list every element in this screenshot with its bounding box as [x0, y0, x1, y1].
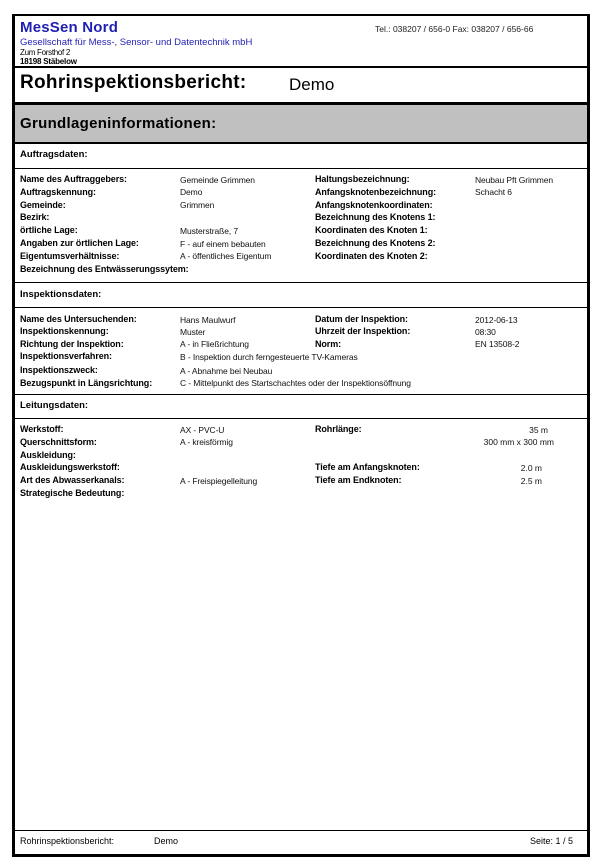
field-value: Hans Maulwurf — [180, 315, 235, 325]
field-label: Uhrzeit der Inspektion: — [315, 326, 410, 336]
field-value: 2012-06-13 — [475, 315, 517, 325]
report-page: MesSen Nord Gesellschaft für Mess-, Sens… — [12, 14, 590, 857]
field-value: AX - PVC-U — [180, 425, 224, 435]
divider — [15, 830, 587, 831]
field-label: Auskleidungswerkstoff: — [20, 462, 120, 472]
field-label: Auskleidung: — [20, 450, 76, 460]
report-title: Rohrinspektionsbericht: — [20, 72, 246, 94]
field-label: Name des Auftraggebers: — [20, 174, 127, 184]
field-label: Eigentumsverhältnisse: — [20, 251, 119, 261]
field-label: Tiefe am Endknoten: — [315, 475, 401, 485]
field-label: Name des Untersuchenden: — [20, 314, 137, 324]
page-number: Seite: 1 / 5 — [530, 836, 573, 846]
field-label: Koordinaten des Knoten 2: — [315, 251, 428, 261]
field-value: 300 mm x 300 mm — [484, 437, 554, 447]
field-value: A - Freispiegelleitung — [180, 476, 257, 486]
field-value: A - Abnahme bei Neubau — [180, 366, 272, 376]
field-value: C - Mittelpunkt des Startschachtes oder … — [180, 378, 411, 388]
field-label: Bezeichnung des Knotens 1: — [315, 212, 435, 222]
field-value: B - Inspektion durch ferngesteuerte TV-K… — [180, 352, 358, 362]
field-label: Inspektionszweck: — [20, 365, 98, 375]
field-value: Gemeinde Grimmen — [180, 175, 255, 185]
field-label: Inspektionskennung: — [20, 326, 109, 336]
field-label: Richtung der Inspektion: — [20, 339, 124, 349]
field-label: Bezirk: — [20, 212, 49, 222]
divider — [15, 282, 587, 283]
field-value: Grimmen — [180, 200, 214, 210]
field-label: Rohrlänge: — [315, 424, 362, 434]
footer-report-name: Demo — [154, 836, 178, 846]
group-title-auftragsdaten: Auftragsdaten: — [20, 149, 88, 160]
field-label: Anfangsknotenbezeichnung: — [315, 187, 436, 197]
divider — [15, 168, 587, 169]
field-value: 08:30 — [475, 327, 496, 337]
field-label: Art des Abwasserkanals: — [20, 475, 124, 485]
field-label: Bezeichnung des Knotens 2: — [315, 238, 435, 248]
field-value: A - öffentliches Eigentum — [180, 251, 271, 261]
field-value: Musterstraße, 7 — [180, 226, 238, 236]
divider — [15, 66, 587, 68]
field-value: A - in Fließrichtung — [180, 339, 249, 349]
field-label: Angaben zur örtlichen Lage: — [20, 238, 139, 248]
section-title: Grundlageninformationen: — [20, 115, 216, 132]
field-label: Auftragskennung: — [20, 187, 96, 197]
company-contact: Tel.: 038207 / 656-0 Fax: 038207 / 656-6… — [375, 24, 533, 34]
field-value: Neubau Pft Grimmen — [475, 175, 553, 185]
field-value: 35 m — [529, 425, 548, 435]
company-name: MesSen Nord — [20, 19, 118, 36]
field-label: Tiefe am Anfangsknoten: — [315, 462, 420, 472]
field-label: örtliche Lage: — [20, 225, 78, 235]
divider — [15, 142, 587, 144]
field-value: Schacht 6 — [475, 187, 512, 197]
field-label: Anfangsknotenkoordinaten: — [315, 200, 433, 210]
field-value: EN 13508-2 — [475, 339, 519, 349]
field-value: Demo — [180, 187, 202, 197]
footer-label: Rohrinspektionsbericht: — [20, 836, 114, 846]
field-label: Bezugspunkt in Längsrichtung: — [20, 378, 152, 388]
field-value: F - auf einem bebauten — [180, 239, 266, 249]
report-name: Demo — [289, 75, 334, 95]
field-label: Datum der Inspektion: — [315, 314, 408, 324]
field-value: Muster — [180, 327, 205, 337]
field-label: Koordinaten des Knoten 1: — [315, 225, 428, 235]
divider — [15, 394, 587, 395]
field-label: Werkstoff: — [20, 424, 63, 434]
field-value: A - kreisförmig — [180, 437, 233, 447]
field-label: Norm: — [315, 339, 341, 349]
divider — [15, 307, 587, 308]
field-label: Gemeinde: — [20, 200, 66, 210]
field-value: 2.5 m — [521, 476, 542, 486]
field-label: Bezeichnung des Entwässerungssytem: — [20, 264, 189, 274]
company-city: 18198 Stäbelow — [20, 57, 77, 66]
divider — [15, 418, 587, 419]
group-title-inspektionsdaten: Inspektionsdaten: — [20, 289, 101, 300]
company-subtitle: Gesellschaft für Mess-, Sensor- und Date… — [20, 37, 252, 48]
company-street: Zum Forsthof 2 — [20, 48, 70, 57]
field-label: Inspektionsverfahren: — [20, 351, 112, 361]
field-label: Querschnittsform: — [20, 437, 97, 447]
group-title-leitungsdaten: Leitungsdaten: — [20, 400, 88, 411]
field-value: 2.0 m — [521, 463, 542, 473]
field-label: Strategische Bedeutung: — [20, 488, 124, 498]
field-label: Haltungsbezeichnung: — [315, 174, 410, 184]
